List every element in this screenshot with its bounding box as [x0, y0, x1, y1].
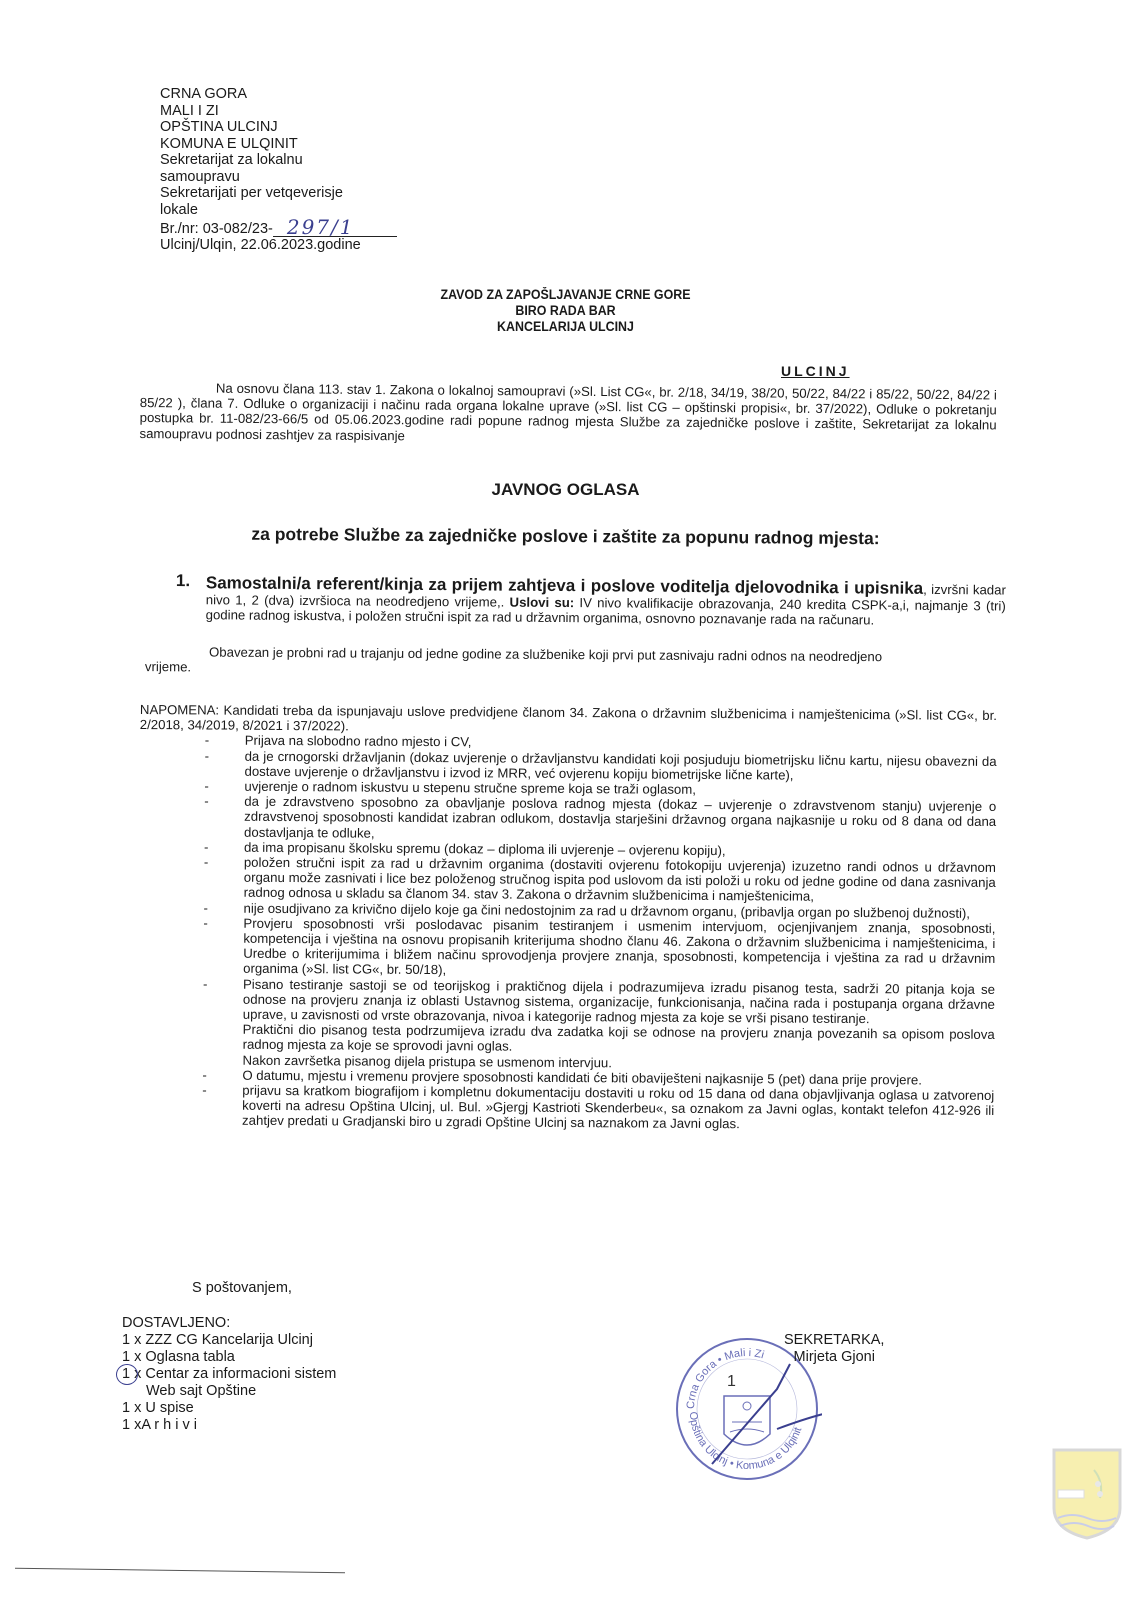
distribution-label: DOSTAVLJENO: — [122, 1315, 336, 1332]
position-number: 1. — [176, 573, 190, 588]
requirement-text: da je crnogorski državljanin (dokaz uvje… — [244, 748, 996, 782]
signature-block: SEKRETARKA, Mirjeta Gjoni — [784, 1332, 884, 1366]
recipient-line: ZAVOD ZA ZAPOŠLJAVANJE CRNE GORE — [45, 287, 1086, 303]
recipient-line: KANCELARIJA ULCINJ — [45, 319, 1086, 335]
probation-note: Obavezan je probni rad u trajanju od jed… — [145, 644, 985, 680]
stamp-top-text: Crna Gora • Mali i Zi — [685, 1347, 766, 1409]
closing-salutation: S poštovanjem, — [192, 1280, 292, 1296]
header-line: Sekretarijati per vetqeverisje — [160, 185, 397, 202]
requirement-text: prijavu sa kratkom biografijom i komplet… — [242, 1083, 994, 1132]
handwritten-circle-mark — [116, 1364, 138, 1385]
intro-text: Na osnovu člana 113. stav 1. Zakona o lo… — [139, 380, 996, 448]
distribution-item: 1 x U spise — [122, 1400, 336, 1417]
stamp-number: 1 — [727, 1373, 736, 1390]
sender-header: CRNA GORA MALI I ZI OPŠTINA ULCINJ KOMUN… — [160, 86, 397, 254]
recipient-city: ULCINJ — [781, 363, 850, 379]
requirement-text: da je zdravstveno sposobno za obavljanje… — [244, 794, 996, 840]
header-line: CRNA GORA — [160, 86, 397, 103]
recipient-block: ZAVOD ZA ZAPOŠLJAVANJE CRNE GORE BIRO RA… — [45, 287, 1086, 335]
intro-paragraph: Na osnovu člana 113. stav 1. Zakona o lo… — [139, 380, 996, 448]
header-line: OPŠTINA ULCINJ — [160, 119, 397, 136]
requirement-text: Provjeru sposobnosti vrši poslodavac pis… — [243, 916, 995, 978]
header-line: lokale — [160, 202, 397, 219]
requirement-item: da je zdravstveno sposobno za obavljanje… — [244, 794, 996, 845]
conditions-label: Uslovi su: — [510, 595, 575, 611]
svg-text:Opština Ulcinj • Komuna e Ulqi: Opština Ulcinj • Komuna e Ulqinit — [687, 1411, 805, 1472]
header-line: MALI I ZI — [160, 103, 397, 120]
requirement-text: Pisano testiranje sastoji se od teorijsk… — [243, 976, 995, 1026]
stamp-bottom-text: Opština Ulcinj • Komuna e Ulqinit — [687, 1411, 805, 1472]
distribution-item: Web sajt Opštine — [122, 1383, 336, 1400]
reference-prefix: Br./nr: 03-082/23- — [160, 221, 273, 238]
handwritten-reference: 297/1 — [273, 218, 397, 237]
header-line: samoupravu — [160, 169, 397, 186]
header-line: Sekretarijat za lokalnu — [160, 152, 397, 169]
requirements-list: Prijava na slobodno radno mjesto i CV, d… — [137, 732, 997, 1133]
distribution-item: 1 x Oglasna tabla — [122, 1349, 336, 1366]
distribution-item: 1 xA r h i v i — [122, 1417, 336, 1434]
header-line: KOMUNA E ULQINIT — [160, 136, 397, 153]
distribution-list: DOSTAVLJENO: 1 x ZZZ CG Kancelarija Ulci… — [122, 1315, 336, 1434]
distribution-item: 1 x Centar za informacioni sistem — [122, 1366, 336, 1383]
reference-number: Br./nr: 03-082/23- 297/1 — [160, 218, 397, 237]
note-section: NAPOMENA: Kandidati treba da ispunjavaju… — [137, 702, 997, 1134]
signatory-name: Mirjeta Gjoni — [784, 1349, 884, 1366]
requirement-text: položen stručni ispit za rad u državnim … — [244, 855, 996, 904]
position-item: 1. Samostalni/a referent/kinja za prijem… — [176, 573, 1006, 629]
distribution-item: 1 x ZZZ CG Kancelarija Ulcinj — [122, 1332, 336, 1349]
document-subtitle: za potrebe Službe za zajedničke poslove … — [0, 522, 1131, 551]
document-date: Ulcinj/Ulqin, 22.06.2023.godine — [160, 237, 397, 254]
recipient-line: BIRO RADA BAR — [45, 303, 1086, 319]
document-title: JAVNOG OGLASA — [0, 480, 1131, 500]
requirement-item: prijavu sa kratkom biografijom i komplet… — [242, 1083, 994, 1134]
svg-text:Crna Gora • Mali i Zi: Crna Gora • Mali i Zi — [685, 1347, 766, 1409]
requirement-item: Provjeru sposobnosti vrši poslodavac pis… — [243, 916, 995, 982]
signatory-title: SEKRETARKA, — [784, 1332, 884, 1349]
requirement-item: Pisano testiranje sastoji se od teorijsk… — [242, 976, 995, 1072]
requirement-text: Prijava na slobodno radno mjesto i CV, — [245, 733, 472, 750]
coat-of-arms-watermark-icon — [1052, 1448, 1122, 1540]
footer-divider — [15, 1568, 345, 1574]
requirement-extra: Praktični dio pisanog testa podrzumijeva… — [243, 1022, 995, 1058]
requirement-item: položen stručni ispit za rad u državnim … — [244, 855, 996, 906]
